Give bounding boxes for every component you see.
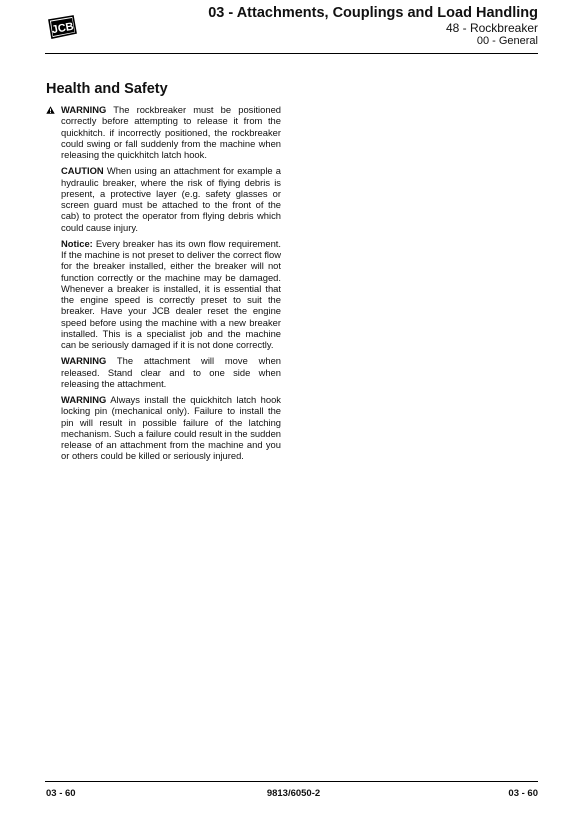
warning-label: WARNING bbox=[61, 355, 106, 366]
warning-attachment-move: WARNING The attachment will move when re… bbox=[61, 355, 281, 389]
chapter-title: 03 - Attachments, Couplings and Load Han… bbox=[208, 5, 538, 22]
warning-triangle-icon bbox=[46, 106, 55, 114]
subsection-title: 00 - General bbox=[208, 35, 538, 47]
caution-label: CAUTION bbox=[61, 165, 104, 176]
section-heading: Health and Safety bbox=[46, 81, 168, 97]
jcb-logo: JCB bbox=[47, 15, 77, 39]
notice-flow-requirement: Notice: Every breaker has its own flow r… bbox=[61, 238, 281, 351]
paragraph-text: Every breaker has its own flow requireme… bbox=[61, 238, 281, 350]
page-number-right: 03 - 60 bbox=[508, 788, 538, 799]
warning-label: WARNING bbox=[61, 104, 106, 115]
safety-notes: WARNING The rockbreaker must be position… bbox=[61, 104, 281, 467]
footer-rule bbox=[45, 781, 538, 782]
header-rule bbox=[45, 53, 538, 54]
document-number: 9813/6050-2 bbox=[0, 788, 587, 799]
section-title: 48 - Rockbreaker bbox=[208, 22, 538, 35]
warning-release-position: WARNING The rockbreaker must be position… bbox=[61, 104, 281, 160]
caution-flying-debris: CAUTION When using an attachment for exa… bbox=[61, 165, 281, 233]
page-header: 03 - Attachments, Couplings and Load Han… bbox=[208, 5, 538, 47]
warning-locking-pin: WARNING Always install the quickhitch la… bbox=[61, 394, 281, 462]
notice-label: Notice: bbox=[61, 238, 93, 249]
warning-label: WARNING bbox=[61, 394, 106, 405]
